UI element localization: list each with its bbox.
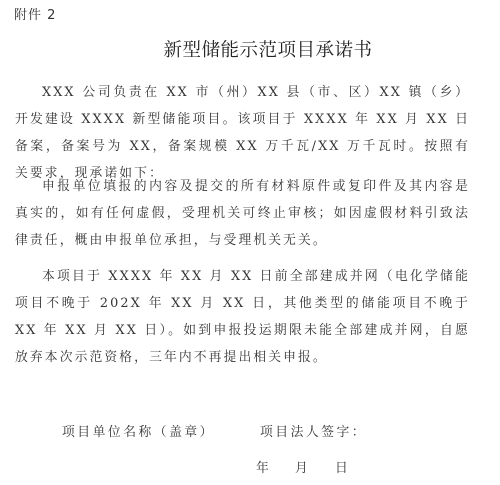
- paragraph-project-info: XXX 公司负责在 XX 市（州）XX 县（市、区）XX 镇（乡）开发建设 XX…: [15, 79, 470, 187]
- legal-person-signature-label: 项目法人签字：: [260, 421, 367, 440]
- paragraph-authenticity-pledge: 申报单位填报的内容及提交的所有材料原件或复印件及其内容是真实的，如有任何虚假，受…: [15, 173, 470, 254]
- date-year-label: 年: [256, 457, 269, 476]
- unit-name-seal-label: 项目单位名称（盖章）: [62, 421, 215, 440]
- attachment-label: 附件 2: [14, 4, 56, 23]
- paragraph-grid-connection-pledge: 本项目于 XXXX 年 XX 月 XX 日前全部建成并网（电化学储能项目不晚于 …: [15, 263, 470, 371]
- date-month-label: 月: [295, 457, 308, 476]
- document-page: 附件 2 新型储能示范项目承诺书 XXX 公司负责在 XX 市（州）XX 县（市…: [0, 0, 500, 485]
- document-title: 新型储能示范项目承诺书: [0, 36, 500, 62]
- date-day-label: 日: [335, 457, 348, 476]
